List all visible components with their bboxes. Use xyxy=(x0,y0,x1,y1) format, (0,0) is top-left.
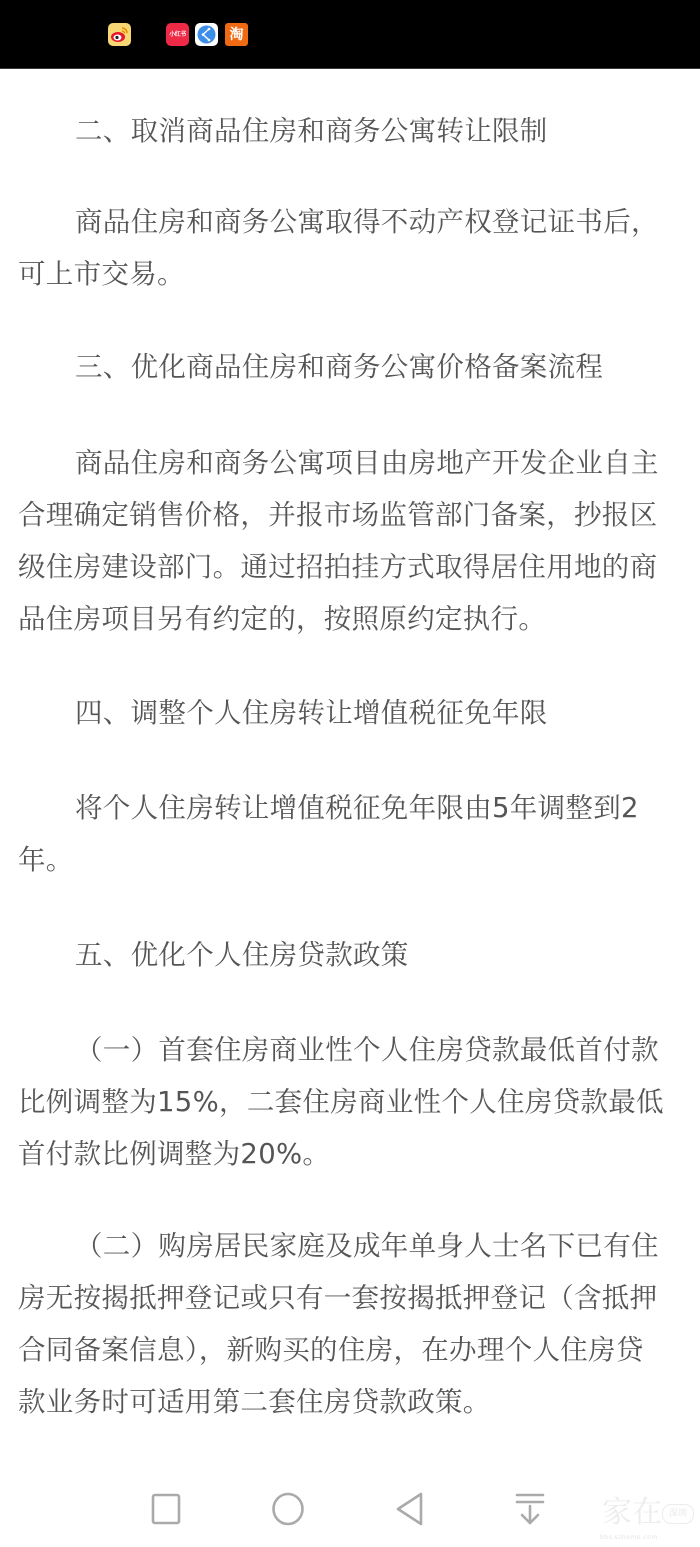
section-heading-4: 四、调整个人住房转让增值税征免年限 xyxy=(18,687,664,739)
circle-icon xyxy=(268,1490,308,1530)
section-body-4: 将个人住房转让增值税征免年限由5年调整到2年。 xyxy=(18,782,664,886)
square-icon xyxy=(146,1490,186,1530)
system-navigation-bar xyxy=(0,1470,700,1547)
section-heading-2: 二、取消商品住房和商务公寓转让限制 xyxy=(18,105,664,157)
xiaohongshu-label: 小红书 xyxy=(169,32,186,38)
taobao-icon: 淘 xyxy=(225,23,248,46)
browser-icon xyxy=(195,23,218,46)
subsection-1: （一）首套住房商业性个人住房贷款最低首付款比例调整为15%，二套住房商业性个人住… xyxy=(18,1024,664,1180)
section-heading-5: 五、优化个人住房贷款政策 xyxy=(18,929,664,981)
section-body-2: 商品住房和商务公寓取得不动产权登记证书后，可上市交易。 xyxy=(18,196,664,300)
notification-pull-down-button[interactable] xyxy=(510,1490,550,1530)
arrow-down-icon xyxy=(510,1490,550,1530)
status-bar: 小红书 淘 xyxy=(0,0,700,69)
taobao-label: 淘 xyxy=(230,28,244,42)
home-button[interactable] xyxy=(268,1490,308,1530)
recent-apps-button[interactable] xyxy=(146,1490,186,1530)
triangle-back-icon xyxy=(389,1490,429,1530)
subsection-2: （二）购房居民家庭及成年单身人士名下已有住房无按揭抵押登记或只有一套按揭抵押登记… xyxy=(18,1220,664,1428)
section-heading-3: 三、优化商品住房和商务公寓价格备案流程 xyxy=(18,341,664,393)
back-button[interactable] xyxy=(389,1490,429,1530)
weibo-icon xyxy=(108,23,131,46)
xiaohongshu-icon: 小红书 xyxy=(166,23,189,46)
section-body-3: 商品住房和商务公寓项目由房地产开发企业自主合理确定销售价格，并报市场监管部门备案… xyxy=(18,437,664,645)
